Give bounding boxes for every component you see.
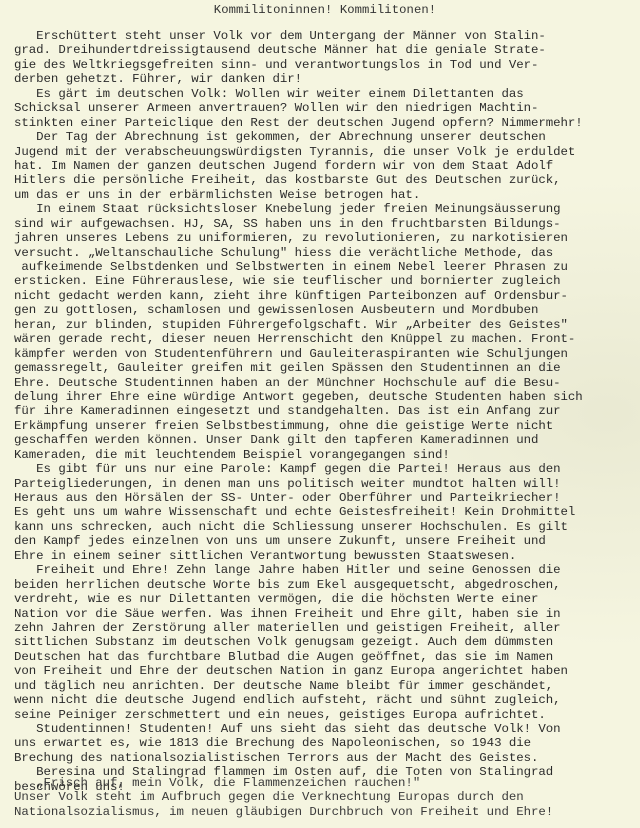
text-line: Hitlers die persönliche Freiheit, das ko… — [14, 173, 638, 187]
text-line: gemassregelt, Gauleiter greifen mit geil… — [14, 361, 638, 375]
text-line: kann uns schrecken, auch nicht die Schli… — [14, 520, 638, 534]
document-title: Kommilitoninnen! Kommilitonen! — [0, 3, 640, 17]
text-line: zehn Jahren der Zerstörung aller materie… — [14, 621, 638, 635]
text-line: Nation vor die Säue werfen. Was ihnen Fr… — [14, 607, 638, 621]
text-line: verdreht, wie es nur Dilettanten vermöge… — [14, 592, 638, 606]
text-line: Brechung des nationalsozialistischen Ter… — [14, 751, 638, 765]
text-line: nicht gedacht werden kann, zieht ihre kü… — [14, 289, 638, 303]
text-line: für ihre Kameradinnen eingesetzt und sta… — [14, 404, 638, 418]
text-line: uns erwartet es, wie 1813 die Brechung d… — [14, 736, 638, 750]
text-line: Unser Volk steht im Aufbruch gegen die V… — [14, 790, 638, 804]
text-line: Freiheit und Ehre! Zehn lange Jahre habe… — [14, 563, 638, 577]
text-line: Es gärt im deutschen Volk: Wollen wir we… — [14, 87, 638, 101]
text-line: sittlichen Substanz im deutschen Volk ge… — [14, 635, 638, 649]
text-line: Erschüttert steht unser Volk vor dem Unt… — [14, 29, 638, 43]
text-line: beiden herrlichen deutsche Worte bis zum… — [14, 578, 638, 592]
text-line: den Kampf jedes einzelnen von uns um uns… — [14, 534, 638, 548]
text-line: Ehre in einem seiner sittlichen Verantwo… — [14, 549, 638, 563]
text-line: gie des Weltkriegsgefreiten sinn- und ve… — [14, 58, 638, 72]
text-line: sind wir aufgewachsen. HJ, SA, SS haben … — [14, 217, 638, 231]
text-line: grad. Dreihundertdreissigtausend deutsch… — [14, 43, 638, 57]
text-line: „Frisch auf, mein Volk, die Flammenzeich… — [14, 776, 638, 790]
text-line: Erkämpfung unserer freien Selbstbestimmu… — [14, 419, 638, 433]
document-closing: „Frisch auf, mein Volk, die Flammenzeich… — [14, 776, 638, 819]
text-line: Heraus aus den Hörsälen der SS- Unter- o… — [14, 491, 638, 505]
text-line: gen zu gottlosen, schamlosen und gewisse… — [14, 303, 638, 317]
text-line: Der Tag der Abrechnung ist gekommen, der… — [14, 130, 638, 144]
text-line: um das er uns in der erbärmlichsten Weis… — [14, 188, 638, 202]
text-line: Studentinnen! Studenten! Auf uns sieht d… — [14, 722, 638, 736]
text-line: jahren unseres Lebens zu uniformieren, z… — [14, 231, 638, 245]
text-line: Parteigliederungen, in denen man uns pol… — [14, 477, 638, 491]
text-line: In einem Staat rücksichtsloser Knebelung… — [14, 202, 638, 216]
text-line: aufkeimende Selbstdenken und Selbstwerte… — [14, 260, 638, 274]
document-body: Erschüttert steht unser Volk vor dem Unt… — [14, 29, 638, 794]
typewritten-page: Kommilitoninnen! Kommilitonen! Erschütte… — [0, 0, 640, 828]
text-line: heran, zur blinden, stupiden Führergefol… — [14, 318, 638, 332]
text-line: und täglich neu anrichten. Der deutsche … — [14, 679, 638, 693]
text-line: von Freiheit und Ehre der deutschen Nati… — [14, 664, 638, 678]
text-line: stinkten einer Parteiclique den Rest der… — [14, 116, 638, 130]
text-line: wären gerade recht, dieser neuen Herrens… — [14, 332, 638, 346]
text-line: seine Peiniger zerschmettert und ein neu… — [14, 708, 638, 722]
text-line: delung ihrer Ehre eine würdige Antwort g… — [14, 390, 638, 404]
text-line: Nationalsozialismus, im neuen gläubigen … — [14, 805, 638, 819]
text-line: Deutschen hat das furchtbare Blutbad die… — [14, 650, 638, 664]
text-line: ersticken. Eine Führerauslese, wie sie t… — [14, 274, 638, 288]
text-line: versucht. „Weltanschauliche Schulung" hi… — [14, 246, 638, 260]
text-line: Jugend mit der verabscheuungswürdigsten … — [14, 145, 638, 159]
text-line: Es gibt für uns nur eine Parole: Kampf g… — [14, 462, 638, 476]
text-line: geschaffen werden können. Unser Dank gil… — [14, 433, 638, 447]
text-line: hat. Im Namen der ganzen deutschen Jugen… — [14, 159, 638, 173]
text-line: derben gehetzt. Führer, wir danken dir! — [14, 72, 638, 86]
text-line: Ehre. Deutsche Studentinnen haben an der… — [14, 376, 638, 390]
text-line: kämpfer werden von Studentenführern und … — [14, 347, 638, 361]
text-line: Kameraden, die mit leuchtendem Beispiel … — [14, 448, 638, 462]
text-line: wenn nicht die deutsche Jugend endlich a… — [14, 693, 638, 707]
text-line: Schicksal unserer Armeen anvertrauen? Wo… — [14, 101, 638, 115]
text-line: Es geht uns um wahre Wissenschaft und ec… — [14, 505, 638, 519]
